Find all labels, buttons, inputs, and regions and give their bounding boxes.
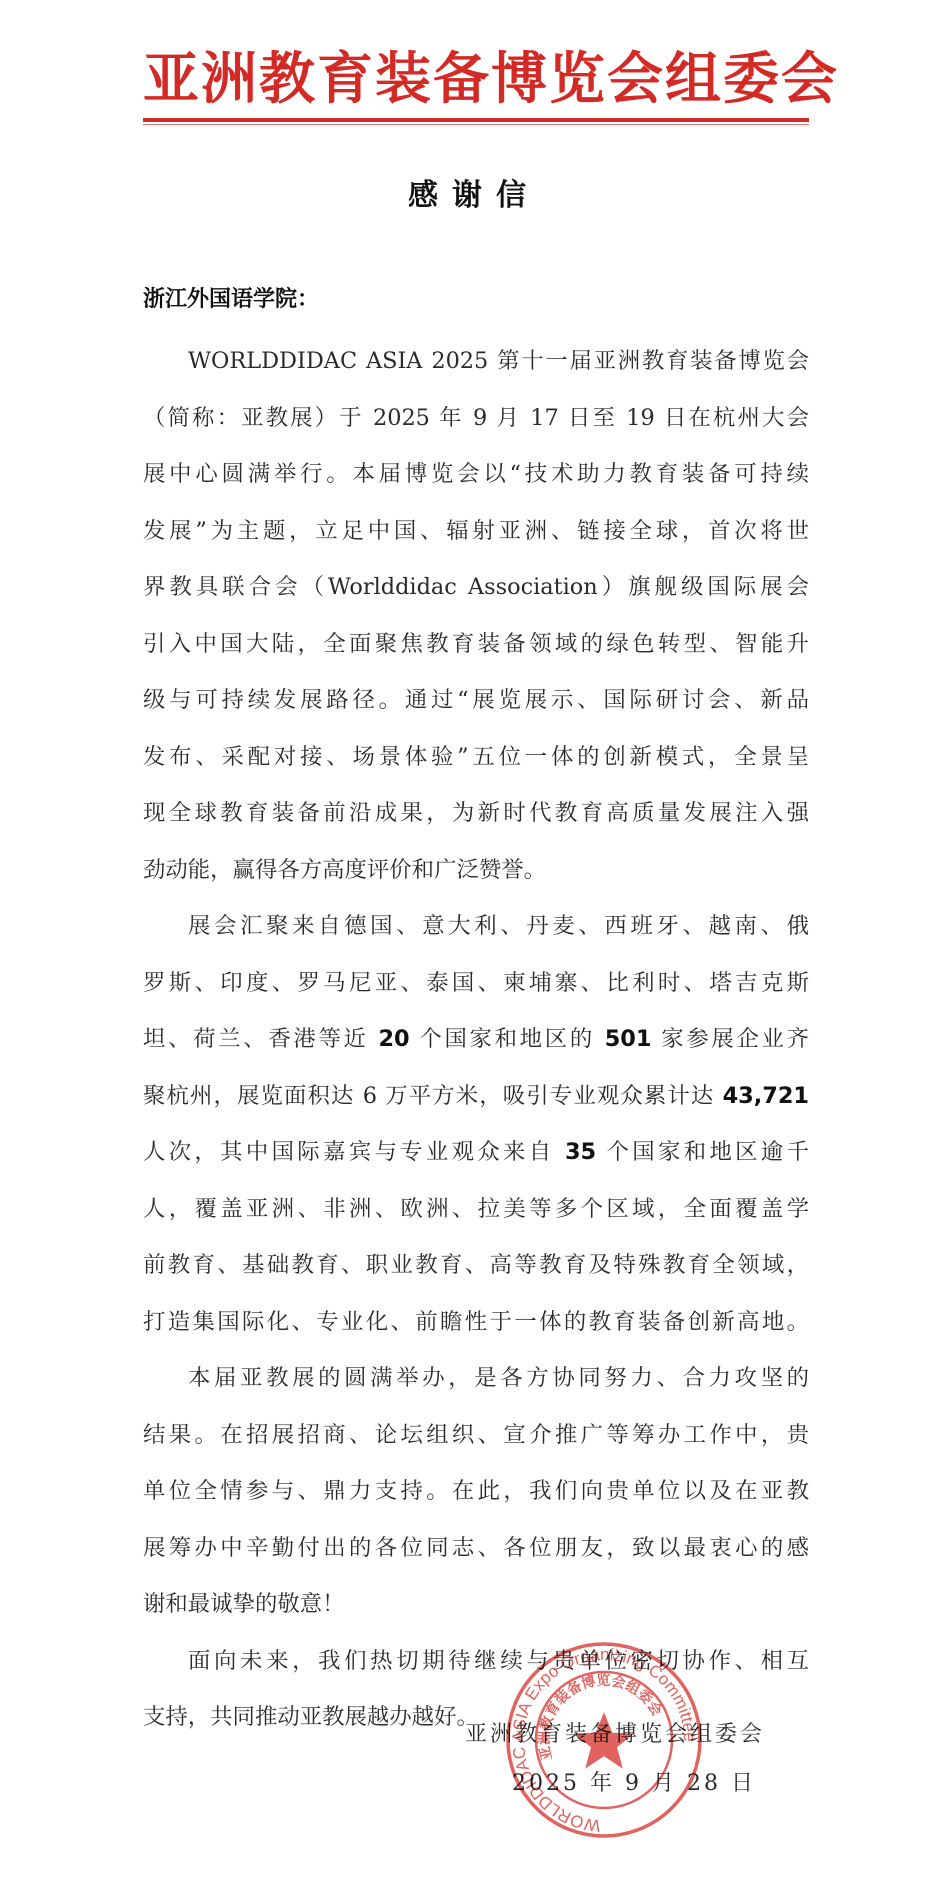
paragraph-2: 展会汇聚来自德国、意大利、丹麦、西班牙、越南、俄 罗斯、印度、罗马尼亚、泰国、柬… xyxy=(143,898,809,1350)
official-seal-stamp: WORLDDIDAC ASIA Expo Organizing Committe… xyxy=(504,1640,704,1840)
text-line: 劲动能，赢得各方高度评价和广泛赞誉。 xyxy=(143,842,809,899)
text-line: 结果。在招展招商、论坛组织、宣介推广等筹办工作中，贵 xyxy=(143,1407,809,1464)
letterhead-rule-thick xyxy=(143,118,809,122)
text-line: 聚杭州，展览面积达 6 万平方米，吸引专业观众累计达 43,721 xyxy=(143,1068,809,1125)
text-segment: 人次，其中国际嘉宾与专业观众来自 xyxy=(143,1139,565,1165)
text-line: 现全球教育装备前沿成果，为新时代教育高质量发展注入强 xyxy=(143,785,809,842)
text-line: 界教具联合会（Worlddidac Association）旗舰级国际展会 xyxy=(143,559,809,616)
text-line: 打造集国际化、专业化、前瞻性于一体的教育装备创新高地。 xyxy=(143,1294,809,1351)
salutation: 浙江外国语学院： xyxy=(143,282,319,313)
text-line: 发布、采配对接、场景体验”五位一体的创新模式，全景呈 xyxy=(143,729,809,786)
text-segment: 个国家和地区的 xyxy=(410,1026,605,1052)
text-line: 罗斯、印度、罗马尼亚、泰国、柬埔寨、比利时、塔吉克斯 xyxy=(143,955,809,1012)
text-segment: 个国家和地区逾千 xyxy=(596,1139,809,1165)
letterhead-rule-thin xyxy=(143,124,809,125)
letterhead-title: 亚洲教育装备博览会组委会 xyxy=(143,44,809,114)
text-line: WORLDDIDAC ASIA 2025 第十一届亚洲教育装备博览会 xyxy=(143,333,809,390)
text-line: 本届亚教展的圆满举办，是各方协同努力、合力攻坚的 xyxy=(143,1350,809,1407)
paragraph-1: WORLDDIDAC ASIA 2025 第十一届亚洲教育装备博览会 （简称：亚… xyxy=(143,333,809,898)
text-line: 谢和最诚挚的敬意！ xyxy=(143,1576,809,1633)
text-line: 发展”为主题，立足中国、辐射亚洲、链接全球，首次将世 xyxy=(143,503,809,560)
stat-visitors: 43,721 xyxy=(723,1083,809,1109)
text-segment: 家参展企业齐 xyxy=(651,1026,809,1052)
text-line: 展会汇聚来自德国、意大利、丹麦、西班牙、越南、俄 xyxy=(143,898,809,955)
text-line: 人次，其中国际嘉宾与专业观众来自 35 个国家和地区逾千 xyxy=(143,1124,809,1181)
stat-countries: 20 xyxy=(378,1026,409,1052)
document-title: 感谢信 xyxy=(0,170,948,214)
letter-body: WORLDDIDAC ASIA 2025 第十一届亚洲教育装备博览会 （简称：亚… xyxy=(143,333,809,1746)
text-line: （简称：亚教展）于 2025 年 9 月 17 日至 19 日在杭州大会 xyxy=(143,390,809,447)
text-line: 展中心圆满举行。本届博览会以“技术助力教育装备可持续 xyxy=(143,446,809,503)
text-line: 单位全情参与、鼎力支持。在此，我们向贵单位以及在亚教 xyxy=(143,1463,809,1520)
text-segment: 聚杭州，展览面积达 6 万平方米，吸引专业观众累计达 xyxy=(143,1083,723,1109)
text-line: 展筹办中辛勤付出的各位同志、各位朋友，致以最衷心的感 xyxy=(143,1520,809,1577)
stat-visitor-countries: 35 xyxy=(565,1139,596,1165)
text-segment: 坦、荷兰、香港等近 xyxy=(143,1026,378,1052)
text-line: 引入中国大陆，全面聚焦教育装备领域的绿色转型、智能升 xyxy=(143,616,809,673)
text-line: 级与可持续发展路径。通过“展览展示、国际研讨会、新品 xyxy=(143,672,809,729)
text-line: 坦、荷兰、香港等近 20 个国家和地区的 501 家参展企业齐 xyxy=(143,1011,809,1068)
stat-exhibitors: 501 xyxy=(605,1026,652,1052)
paragraph-3: 本届亚教展的圆满举办，是各方协同努力、合力攻坚的 结果。在招展招商、论坛组织、宣… xyxy=(143,1350,809,1633)
star-icon xyxy=(574,1712,635,1769)
text-line: 面向未来，我们热切期待继续与贵单位密切协作、相互 xyxy=(143,1633,809,1690)
text-line: 前教育、基础教育、职业教育、高等教育及特殊教育全领域， xyxy=(143,1237,809,1294)
text-line: 人，覆盖亚洲、非洲、欧洲、拉美等多个区域，全面覆盖学 xyxy=(143,1181,809,1238)
